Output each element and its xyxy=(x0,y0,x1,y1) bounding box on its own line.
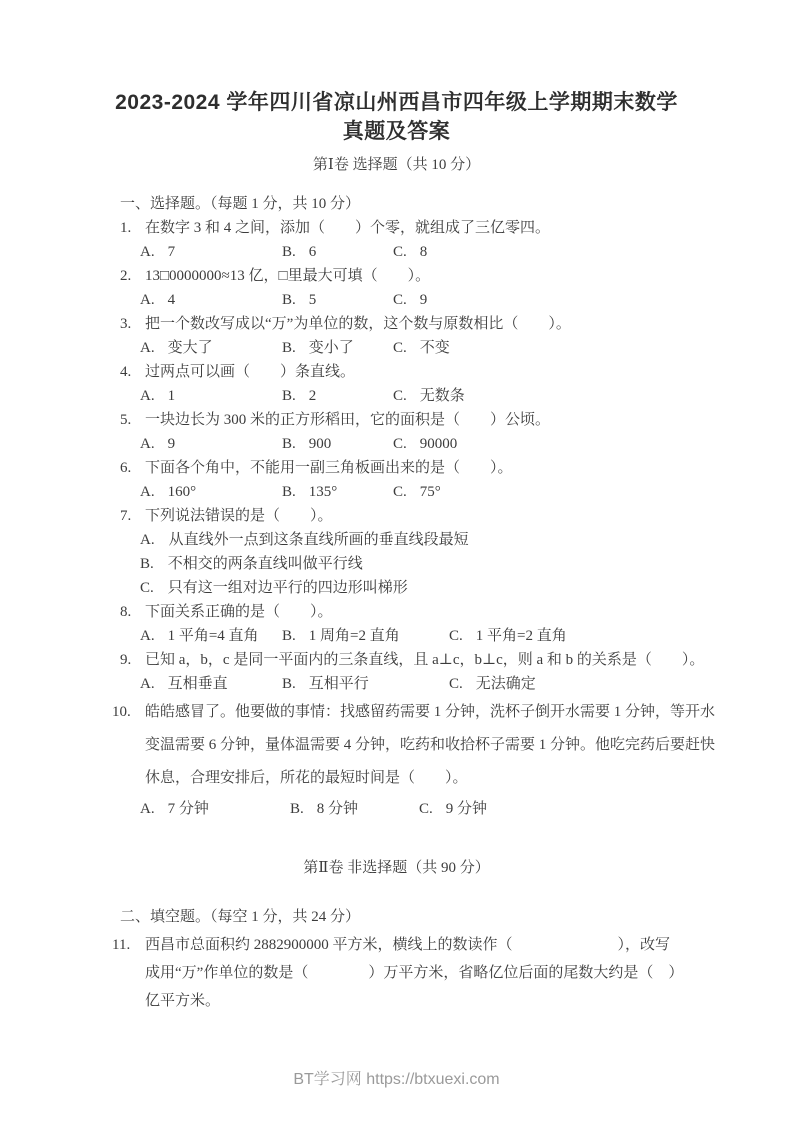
option-text: 1 xyxy=(168,384,176,408)
option-b: B.900 xyxy=(282,432,393,456)
option-label: A. xyxy=(140,336,155,360)
option-text: 不变 xyxy=(420,336,450,360)
option-text: 4 xyxy=(168,288,176,312)
question-10-line-3: 休息，合理安排后，所花的最短时间是（ ）。 xyxy=(100,762,737,795)
option-a: A.7 xyxy=(140,240,282,264)
option-text: 8 分钟 xyxy=(317,797,358,821)
option-a: A.9 xyxy=(140,432,282,456)
option-text: 无数条 xyxy=(420,384,465,408)
question-5: 5. 一块边长为 300 米的正方形稻田，它的面积是（ ）公顷。 xyxy=(100,408,737,432)
question-1: 1. 在数字 3 和 4 之间，添加（ ）个零，就组成了三亿零四。 xyxy=(100,216,737,240)
section1-heading: 一、选择题。（每题 1 分，共 10 分） xyxy=(100,192,737,216)
question-6: 6. 下面各个角中，不能用一副三角板画出来的是（ ）。 xyxy=(100,456,737,480)
option-label: B. xyxy=(290,797,304,821)
option-label: C. xyxy=(449,624,463,648)
option-text: 9 xyxy=(168,432,176,456)
question-number: 9. xyxy=(100,648,145,672)
option-c: C.无数条 xyxy=(393,384,465,408)
question-7: 7. 下列说法错误的是（ ）。 xyxy=(100,504,737,528)
option-label: A. xyxy=(140,288,155,312)
option-label: B. xyxy=(282,432,296,456)
option-text: 9 分钟 xyxy=(446,797,487,821)
option-c: C.9 分钟 xyxy=(419,797,487,821)
option-text: 160° xyxy=(168,480,197,504)
option-text: 9 xyxy=(420,288,428,312)
option-b: B.5 xyxy=(282,288,393,312)
option-b: B.135° xyxy=(282,480,393,504)
option-label: B. xyxy=(282,288,296,312)
question-text: 下列说法错误的是（ ）。 xyxy=(145,504,737,528)
exam-document-page: 2023-2024 学年四川省凉山州西昌市四年级上学期期末数学 真题及答案 第Ⅰ… xyxy=(0,0,793,1122)
question-text: 下面关系正确的是（ ）。 xyxy=(145,600,737,624)
option-text: 900 xyxy=(309,432,332,456)
option-text: 只有这一组对边平行的四边形叫梯形 xyxy=(168,576,408,600)
section2-body: 二、填空题。（每空 1 分，共 24 分） 11. 西昌市总面积约 288290… xyxy=(0,905,793,1015)
question-11: 11. 西昌市总面积约 2882900000 平方米，横线上的数读作（ ），改写… xyxy=(100,931,737,1015)
option-label: C. xyxy=(449,672,463,696)
option-b: B.1 周角=2 直角 xyxy=(282,624,449,648)
option-text: 无法确定 xyxy=(476,672,536,696)
option-a: A.变大了 xyxy=(140,336,282,360)
option-text: 1 平角=4 直角 xyxy=(168,624,259,648)
option-text: 135° xyxy=(309,480,338,504)
option-label: C. xyxy=(140,576,154,600)
option-label: C. xyxy=(393,432,407,456)
option-text: 从直线外一点到这条直线所画的垂直线段最短 xyxy=(169,528,469,552)
option-text: 7 xyxy=(168,240,176,264)
option-text: 7 分钟 xyxy=(168,797,209,821)
option-label: A. xyxy=(140,384,155,408)
option-label: A. xyxy=(140,672,155,696)
question-10-options: A.7 分钟 B.8 分钟 C.9 分钟 xyxy=(100,797,737,821)
option-label: B. xyxy=(282,336,296,360)
question-6-options: A.160° B.135° C.75° xyxy=(100,480,737,504)
question-number: 11. xyxy=(100,931,145,959)
option-text: 变小了 xyxy=(309,336,354,360)
question-4-options: A.1 B.2 C.无数条 xyxy=(100,384,737,408)
option-label: B. xyxy=(282,672,296,696)
question-3: 3. 把一个数改写成以“万”为单位的数，这个数与原数相比（ ）。 xyxy=(100,312,737,336)
site-watermark: BT学习网 https://btxuexi.com xyxy=(0,1066,793,1089)
part2-header: 第Ⅱ卷 非选择题（共 90 分） xyxy=(0,857,793,879)
option-label: A. xyxy=(140,528,155,552)
question-9: 9. 已知 a，b，c 是同一平面内的三条直线，且 a⊥c，b⊥c，则 a 和 … xyxy=(100,648,737,672)
question-text: 一块边长为 300 米的正方形稻田，它的面积是（ ）公顷。 xyxy=(145,408,737,432)
question-10-line-1: 10. 皓皓感冒了。他要做的事情：找感留药需要 1 分钟，洗杯子倒开水需要 1 … xyxy=(100,696,737,729)
question-number: 10. xyxy=(100,696,145,729)
option-label: B. xyxy=(282,384,296,408)
page-title-line-1: 2023-2024 学年四川省凉山州西昌市四年级上学期期末数学 xyxy=(0,88,793,117)
option-text: 6 xyxy=(309,240,317,264)
option-a: A.1 xyxy=(140,384,282,408)
question-text: 在数字 3 和 4 之间，添加（ ）个零，就组成了三亿零四。 xyxy=(145,216,737,240)
option-c: C.不变 xyxy=(393,336,450,360)
option-text: 2 xyxy=(309,384,317,408)
option-label: C. xyxy=(393,288,407,312)
question-text: 下面各个角中，不能用一副三角板画出来的是（ ）。 xyxy=(145,456,737,480)
part1-header: 第Ⅰ卷 选择题（共 10 分） xyxy=(0,154,793,176)
option-label: C. xyxy=(419,797,433,821)
question-10: 10. 皓皓感冒了。他要做的事情：找感留药需要 1 分钟，洗杯子倒开水需要 1 … xyxy=(100,696,737,795)
document-header: 2023-2024 学年四川省凉山州西昌市四年级上学期期末数学 真题及答案 第Ⅰ… xyxy=(0,0,793,176)
option-label: A. xyxy=(140,240,155,264)
option-a: A.160° xyxy=(140,480,282,504)
option-text: 90000 xyxy=(420,432,458,456)
option-label: C. xyxy=(393,384,407,408)
option-c: C.75° xyxy=(393,480,441,504)
option-text: 1 平角=2 直角 xyxy=(476,624,567,648)
option-label: B. xyxy=(282,480,296,504)
question-3-options: A.变大了 B.变小了 C.不变 xyxy=(100,336,737,360)
option-label: B. xyxy=(282,240,296,264)
option-b: B.2 xyxy=(282,384,393,408)
option-text: 8 xyxy=(420,240,428,264)
question-7-option-b: B.不相交的两条直线叫做平行线 xyxy=(100,552,737,576)
question-number: 5. xyxy=(100,408,145,432)
question-number: 7. xyxy=(100,504,145,528)
option-label: B. xyxy=(140,552,154,576)
question-4: 4. 过两点可以画（ ）条直线。 xyxy=(100,360,737,384)
question-2: 2. 13□0000000≈13 亿，□里最大可填（ ）。 xyxy=(100,264,737,288)
option-b: B.变小了 xyxy=(282,336,393,360)
question-text: 过两点可以画（ ）条直线。 xyxy=(145,360,737,384)
question-9-options: A.互相垂直 B.互相平行 C.无法确定 xyxy=(100,672,737,696)
question-number: 4. xyxy=(100,360,145,384)
option-c: C.90000 xyxy=(393,432,457,456)
question-text: 13□0000000≈13 亿，□里最大可填（ ）。 xyxy=(145,264,737,288)
question-5-options: A.9 B.900 C.90000 xyxy=(100,432,737,456)
document-body: 一、选择题。（每题 1 分，共 10 分） 1. 在数字 3 和 4 之间，添加… xyxy=(0,192,793,821)
question-text: 西昌市总面积约 2882900000 平方米，横线上的数读作（ ），改写 xyxy=(145,931,737,959)
question-7-option-a: A.从直线外一点到这条直线所画的垂直线段最短 xyxy=(100,528,737,552)
option-c: C.1 平角=2 直角 xyxy=(449,624,567,648)
question-8: 8. 下面关系正确的是（ ）。 xyxy=(100,600,737,624)
option-text: 互相平行 xyxy=(309,672,369,696)
question-2-options: A.4 B.5 C.9 xyxy=(100,288,737,312)
option-c: C.9 xyxy=(393,288,427,312)
question-number: 1. xyxy=(100,216,145,240)
option-a: A.互相垂直 xyxy=(140,672,282,696)
question-10-line-2: 变温需要 6 分钟，量体温需要 4 分钟，吃药和收拾杯子需要 1 分钟。他吃完药… xyxy=(100,729,737,762)
option-text: 互相垂直 xyxy=(168,672,228,696)
question-text: 皓皓感冒了。他要做的事情：找感留药需要 1 分钟，洗杯子倒开水需要 1 分钟，等… xyxy=(145,696,737,729)
question-11-line-3: 亿平方米。 xyxy=(100,987,737,1015)
option-label: C. xyxy=(393,240,407,264)
question-1-options: A.7 B.6 C.8 xyxy=(100,240,737,264)
question-text: 把一个数改写成以“万”为单位的数，这个数与原数相比（ ）。 xyxy=(145,312,737,336)
option-a: A.1 平角=4 直角 xyxy=(140,624,282,648)
option-label: A. xyxy=(140,480,155,504)
option-text: 75° xyxy=(420,480,441,504)
question-number: 2. xyxy=(100,264,145,288)
option-label: A. xyxy=(140,797,155,821)
question-11-line-1: 11. 西昌市总面积约 2882900000 平方米，横线上的数读作（ ），改写 xyxy=(100,931,737,959)
option-label: A. xyxy=(140,624,155,648)
section2-heading: 二、填空题。（每空 1 分，共 24 分） xyxy=(100,905,737,929)
question-number: 3. xyxy=(100,312,145,336)
option-a: A.4 xyxy=(140,288,282,312)
question-number: 6. xyxy=(100,456,145,480)
option-b: B.互相平行 xyxy=(282,672,449,696)
option-a: A.7 分钟 xyxy=(140,797,290,821)
page-title-line-2: 真题及答案 xyxy=(0,117,793,146)
option-text: 变大了 xyxy=(168,336,213,360)
option-label: A. xyxy=(140,432,155,456)
option-text: 1 周角=2 直角 xyxy=(309,624,400,648)
question-text: 已知 a，b，c 是同一平面内的三条直线，且 a⊥c，b⊥c，则 a 和 b 的… xyxy=(145,648,737,672)
question-11-line-2: 成用“万”作单位的数是（ ）万平方米，省略亿位后面的尾数大约是（ ） xyxy=(100,959,737,987)
option-label: B. xyxy=(282,624,296,648)
option-text: 不相交的两条直线叫做平行线 xyxy=(168,552,363,576)
option-c: C.无法确定 xyxy=(449,672,536,696)
question-number: 8. xyxy=(100,600,145,624)
option-c: C.8 xyxy=(393,240,427,264)
option-label: C. xyxy=(393,480,407,504)
question-8-options: A.1 平角=4 直角 B.1 周角=2 直角 C.1 平角=2 直角 xyxy=(100,624,737,648)
option-b: B.6 xyxy=(282,240,393,264)
question-7-option-c: C.只有这一组对边平行的四边形叫梯形 xyxy=(100,576,737,600)
option-label: C. xyxy=(393,336,407,360)
option-text: 5 xyxy=(309,288,317,312)
option-b: B.8 分钟 xyxy=(290,797,419,821)
